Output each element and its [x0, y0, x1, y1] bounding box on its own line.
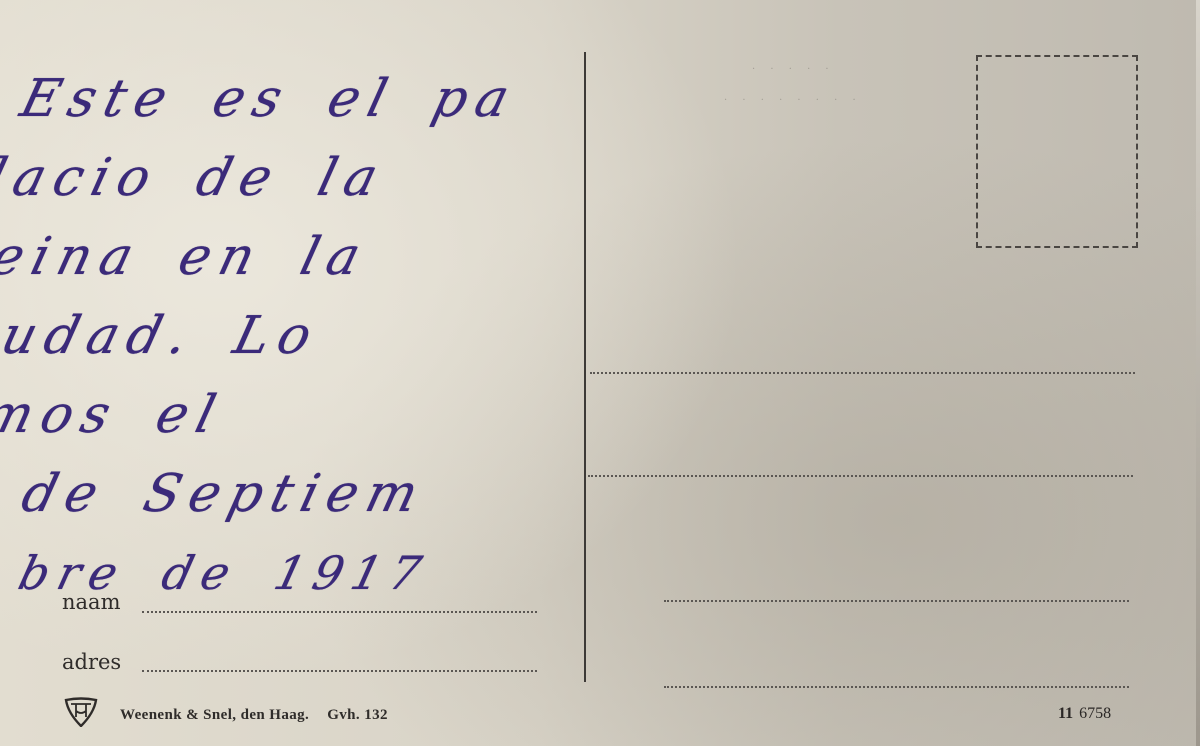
message-line: ciudad. Lo: [0, 297, 529, 376]
catalog-prefix: 11: [1058, 705, 1073, 722]
message-line: 15 de Septiem: [0, 455, 490, 534]
handwritten-message: Este es el pa lacio de la reina en la ci…: [0, 60, 588, 613]
address-line-1: [590, 372, 1135, 374]
publisher-series: Gvh. 132: [327, 707, 388, 723]
faint-print-mark: · · · · · · · ·: [724, 95, 862, 106]
address-line-2: [588, 475, 1133, 477]
catalog-id: 6758: [1079, 705, 1111, 722]
message-line: reina en la: [0, 218, 549, 297]
message-line: vimos el: [0, 376, 509, 455]
naam-dotted-line: [142, 611, 537, 613]
catalog-number: 116758: [1058, 705, 1111, 723]
postcard-back: · · · · · · · · · · · · · Este es el pa …: [0, 0, 1200, 746]
stamp-box: [976, 55, 1138, 248]
address-line-3: [664, 600, 1129, 602]
adres-label: adres: [62, 650, 121, 674]
center-divider-line: [584, 52, 586, 682]
faint-print-mark: · · · · ·: [752, 64, 835, 75]
message-line: Este es el pa: [0, 60, 588, 139]
publisher-name: Weenenk & Snel, den Haag.: [120, 707, 309, 723]
wsg-monogram-icon: [64, 697, 98, 727]
naam-label: naam: [62, 590, 120, 614]
message-line: lacio de la: [0, 139, 568, 218]
publisher-imprint: Weenenk & Snel, den Haag.Gvh. 132: [120, 707, 388, 724]
address-line-4: [664, 686, 1129, 688]
adres-dotted-line: [142, 670, 537, 672]
